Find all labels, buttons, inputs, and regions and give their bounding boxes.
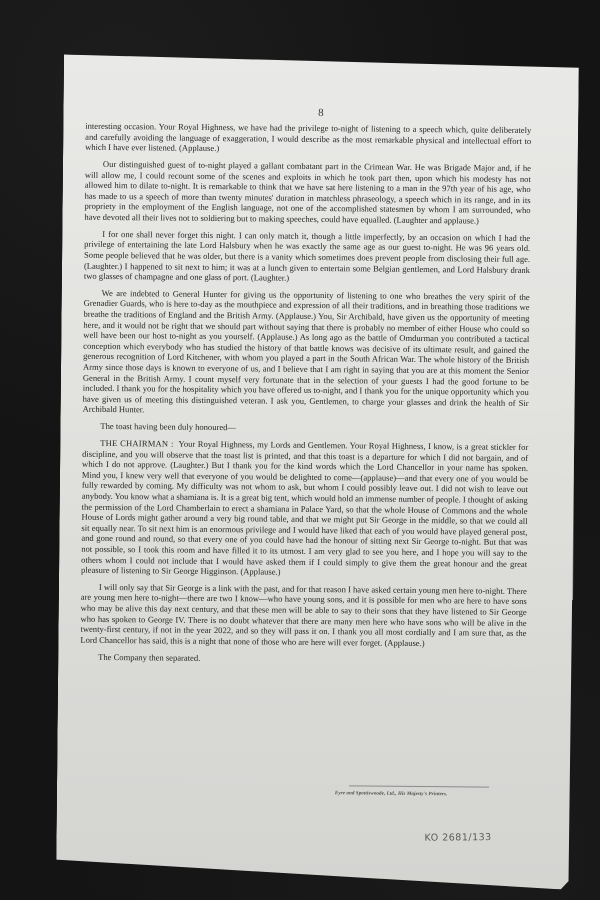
paragraph-company-separated: The Company then separated. <box>80 651 526 666</box>
speaker-label: THE CHAIRMAN : <box>100 438 173 449</box>
paragraph-toast-honoured: The toast having been duly honoured— <box>82 421 528 436</box>
paragraph-continuation: interesting occasion. Your Royal Highnes… <box>85 121 531 157</box>
paragraph-lord-halsbury: I for one shall never forget this night.… <box>84 228 530 285</box>
chairman-speech-text: Your Royal Highness, my Lords and Gentle… <box>81 439 528 577</box>
paragraph-crimean-war: Our distinguished guest of to-night play… <box>84 159 531 227</box>
paragraph-chairman-speech: THE CHAIRMAN : Your Royal Highness, my L… <box>81 438 528 580</box>
paragraph-link-with-past: I will only say that Sir George is a lin… <box>80 582 527 650</box>
archive-reference: KO 2681/133 <box>424 832 491 844</box>
footer-rule <box>349 785 489 787</box>
printer-imprint: Eyre and Spottiswoode, Ltd., His Majesty… <box>335 791 447 797</box>
page-number: 8 <box>63 105 578 122</box>
paragraph-general-hunter: We are indebted to General Hunter for gi… <box>83 288 530 419</box>
body-text: interesting occasion. Your Royal Highnes… <box>80 121 531 673</box>
document-page: 8 interesting occasion. Your Royal Highn… <box>56 55 579 890</box>
